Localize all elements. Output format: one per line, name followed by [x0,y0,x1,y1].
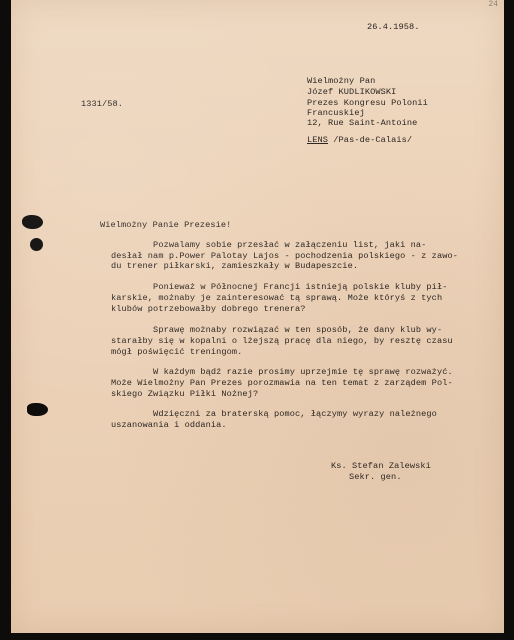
salutation: Wielmożny Panie Prezesie! [100,220,231,231]
paragraph-5-line-2: uszanowania i oddania. [111,420,227,431]
reference-number: 1331/58. [81,99,123,110]
punch-hole-middle [30,238,43,251]
letter-date: 26.4.1958. [367,22,420,33]
recipient-city: LENS [307,135,328,145]
recipient-region: /Pas-de-Calais/ [333,135,412,145]
recipient-honorific: Wielmożny Pan [307,76,375,87]
paragraph-4-line-3: skiego Związku Piłki Nożnej? [111,389,258,400]
signatory-name: Ks. Stefan Zalewski [331,461,431,472]
punch-hole-bottom [27,403,48,416]
paragraph-3-line-2: starałby się w kopalni o lżejszą pracę d… [111,336,453,347]
paragraph-4-line-2: Może Wielmożny Pan Prezes porozmawia na … [111,378,453,389]
archive-page-number: 24 [488,0,498,9]
signatory-title: Sekr. gen. [349,472,402,483]
paragraph-2-line-1: Ponieważ w Północnej Francji istnieją po… [111,282,447,293]
paragraph-3-line-3: mógł poświęcić treningom. [111,347,242,358]
letter-page: 24 26.4.1958. 1331/58. Wielmożny Pan Józ… [11,0,504,633]
paragraph-5-line-1: Wdzięczni za braterską pomoc, łączymy wy… [111,409,437,420]
recipient-name: Józef KUDLIKOWSKI [307,87,396,98]
paragraph-2-line-3: klubów potrzebowałby dobrego trenera? [111,304,306,315]
recipient-street: 12, Rue Saint-Antoine [307,118,417,129]
paragraph-4-line-1: W każdym bądź razie prosimy uprzejmie tę… [111,367,453,378]
paragraph-2-line-2: karskie, możnaby je zainteresować tą spr… [111,293,442,304]
recipient-locality: LENS /Pas-de-Calais/ [307,135,412,146]
paragraph-1-line-3: du trener piłkarski, zamieszkały w Budap… [111,261,358,272]
paragraph-1-line-1: Pozwalamy sobie przesłać w załączeniu li… [111,240,426,251]
paragraph-3-line-1: Sprawę możnaby rozwiązać w ten sposób, ż… [111,325,442,336]
punch-hole-top [22,215,43,229]
